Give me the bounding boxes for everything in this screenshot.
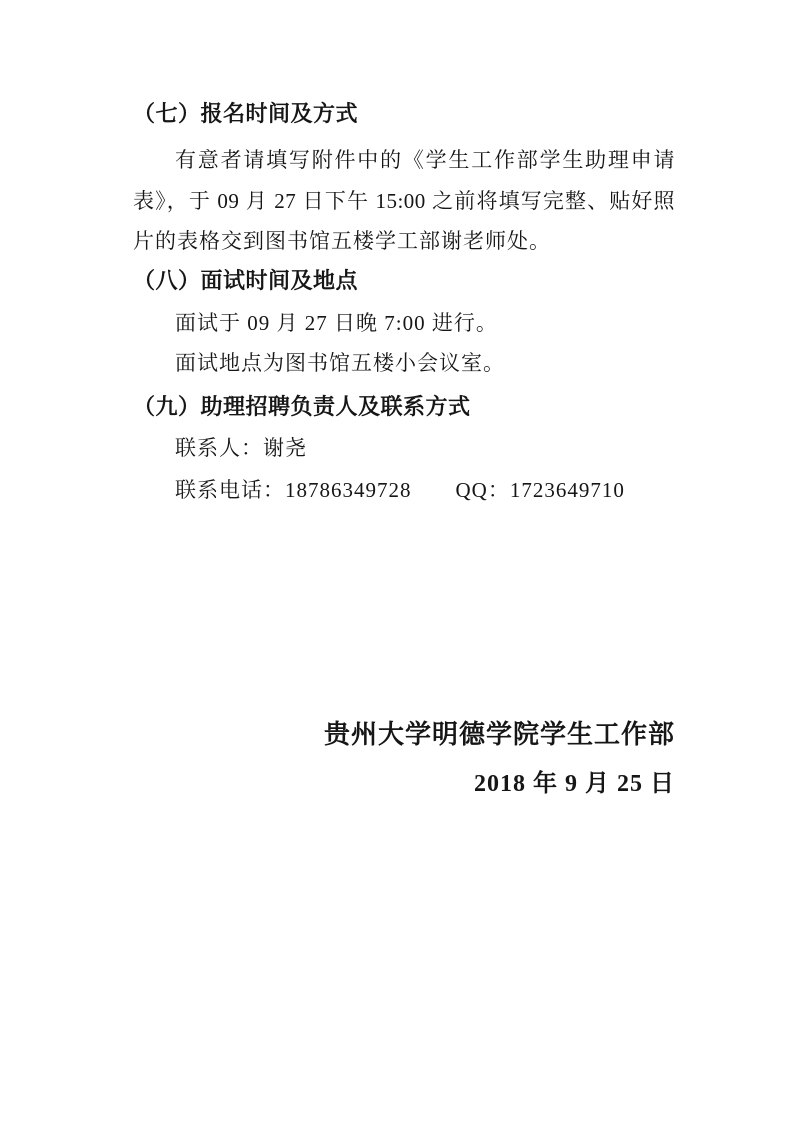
section-7-heading: （七）报名时间及方式 (133, 94, 675, 134)
contact-phone-qq-line: 联系电话：18786349728 QQ：1723649710 (133, 470, 675, 510)
interview-place-line: 面试地点为图书馆五楼小会议室。 (133, 343, 675, 383)
section-8-heading: （八）面试时间及地点 (133, 261, 675, 301)
document-page: （七）报名时间及方式 有意者请填写附件中的《学生工作部学生助理申请 表》，于 0… (0, 0, 793, 1122)
section-9-heading: （九）助理招聘负责人及联系方式 (133, 387, 675, 427)
section-7-paragraph-line-1: 有意者请填写附件中的《学生工作部学生助理申请 (133, 140, 675, 180)
section-7-paragraph-line-3: 片的表格交到图书馆五楼学工部谢老师处。 (133, 221, 675, 261)
contact-person-line: 联系人：谢尧 (133, 428, 675, 468)
interview-time-line: 面试于 09 月 27 日晚 7:00 进行。 (133, 303, 675, 343)
signature-organization: 贵州大学明德学院学生工作部 (133, 713, 675, 757)
signature-date: 2018 年 9 月 25 日 (133, 762, 675, 806)
section-7-paragraph-line-2: 表》，于 09 月 27 日下午 15:00 之前将填写完整、贴好照 (133, 181, 675, 221)
